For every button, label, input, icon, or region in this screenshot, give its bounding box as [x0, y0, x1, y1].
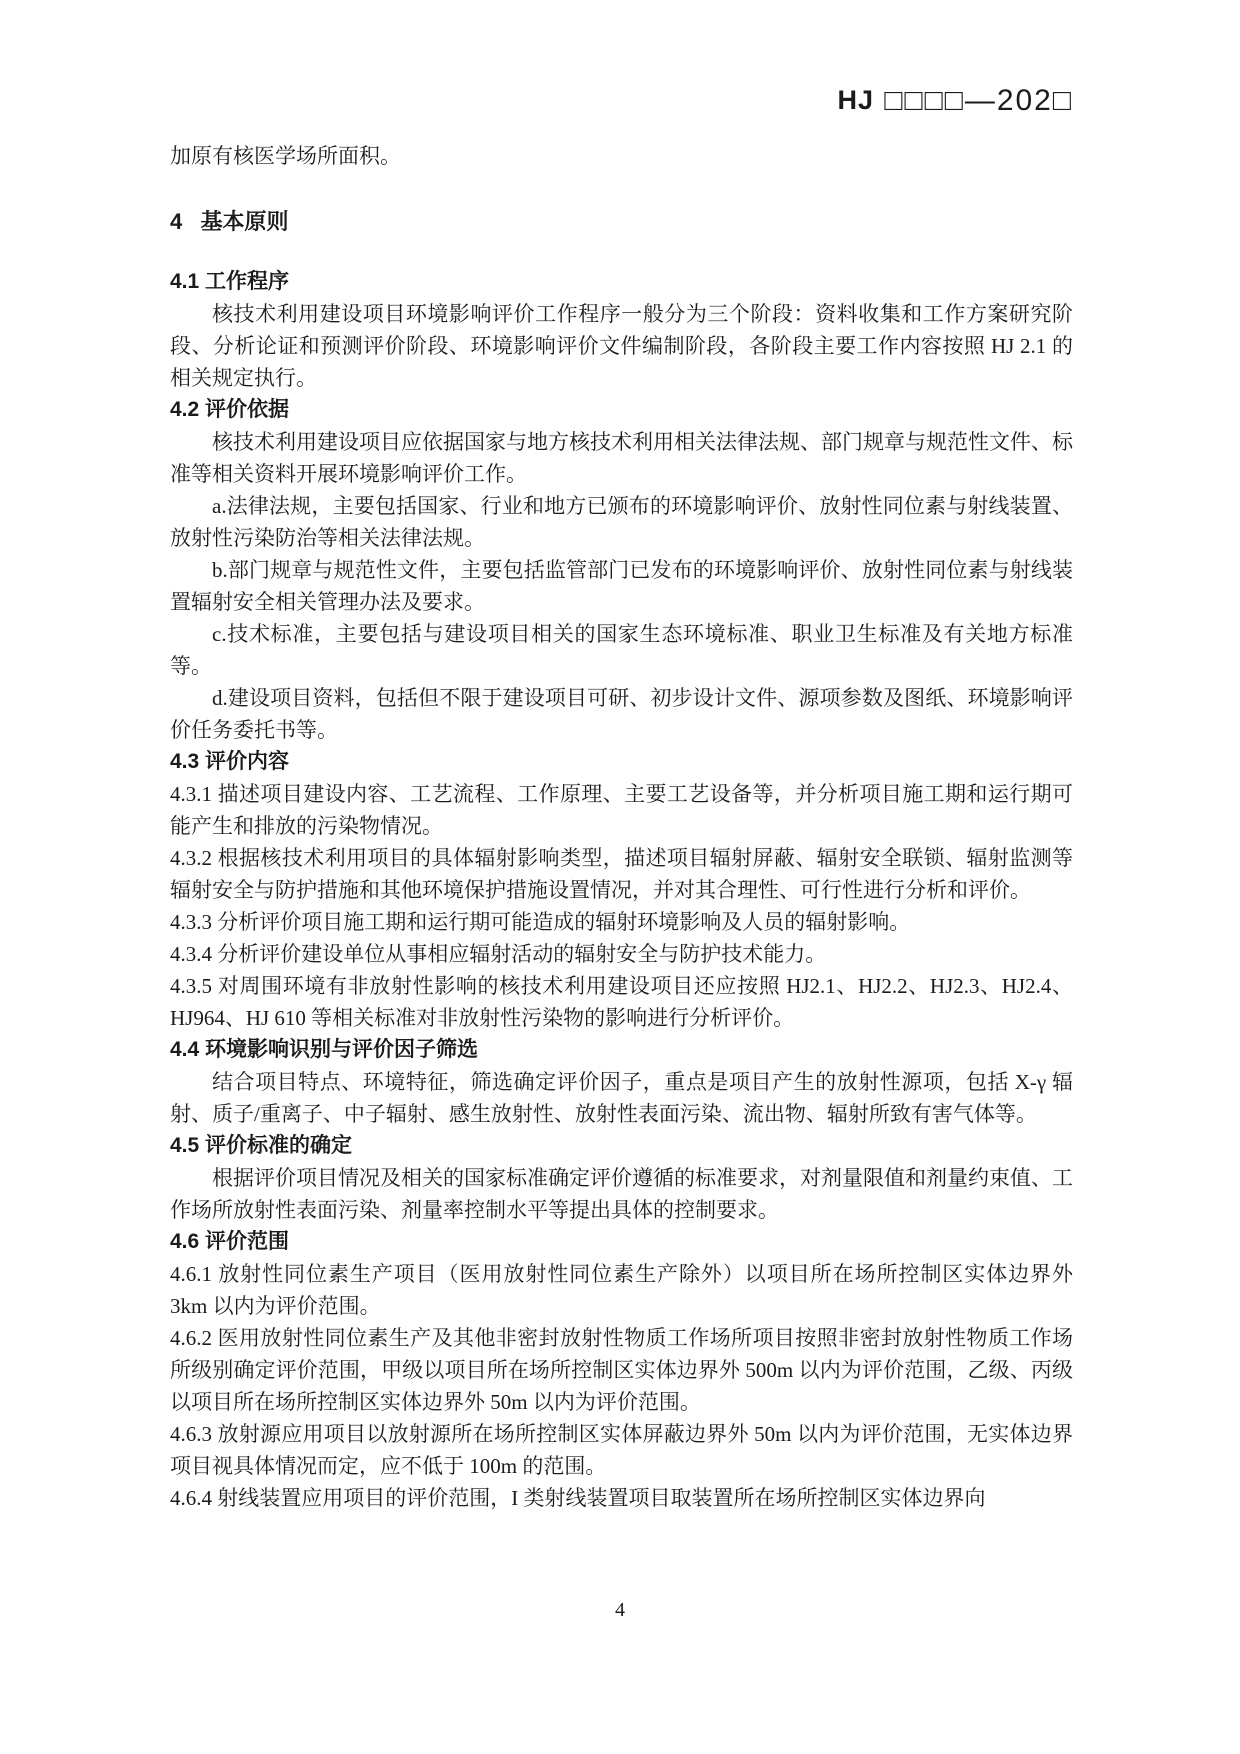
paragraph-4-3-3: 4.3.3 分析评价项目施工期和运行期可能造成的辐射环境影响及人员的辐射影响。	[170, 906, 1073, 938]
heading-4-6: 4.6 评价范围	[170, 1226, 1073, 1258]
paragraph-4-6-3: 4.6.3 放射源应用项目以放射源所在场所控制区实体屏蔽边界外 50m 以内为评…	[170, 1418, 1073, 1482]
heading-4-1: 4.1 工作程序	[170, 266, 1073, 298]
carryover-paragraph: 加原有核医学场所面积。	[170, 140, 1073, 172]
paragraph-4-4: 结合项目特点、环境特征，筛选确定评价因子，重点是项目产生的放射性源项，包括 X-…	[170, 1066, 1073, 1130]
paragraph-4-2-intro: 核技术利用建设项目应依据国家与地方核技术利用相关法律法规、部门规章与规范性文件、…	[170, 426, 1073, 490]
paragraph-4-1: 核技术利用建设项目环境影响评价工作程序一般分为三个阶段：资料收集和工作方案研究阶…	[170, 298, 1073, 394]
paragraph-4-3-5: 4.3.5 对周围环境有非放射性影响的核技术利用建设项目还应按照 HJ2.1、H…	[170, 970, 1073, 1034]
page-number: 4	[0, 1594, 1240, 1626]
paragraph-4-3-4: 4.3.4 分析评价建设单位从事相应辐射活动的辐射安全与防护技术能力。	[170, 938, 1073, 970]
paragraph-4-2-item-d: d.建设项目资料，包括但不限于建设项目可研、初步设计文件、源项参数及图纸、环境影…	[170, 682, 1073, 746]
paragraph-4-6-1: 4.6.1 放射性同位素生产项目（医用放射性同位素生产除外）以项目所在场所控制区…	[170, 1258, 1073, 1322]
paragraph-4-5: 根据评价项目情况及相关的国家标准确定评价遵循的标准要求，对剂量限值和剂量约束值、…	[170, 1162, 1073, 1226]
paragraph-4-6-2: 4.6.2 医用放射性同位素生产及其他非密封放射性物质工作场所项目按照非密封放射…	[170, 1322, 1073, 1418]
paragraph-4-2-item-c: c.技术标准，主要包括与建设项目相关的国家生态环境标准、职业卫生标准及有关地方标…	[170, 618, 1073, 682]
standard-code-boxes: □□□□—202□	[874, 84, 1073, 117]
standard-code-prefix: HJ	[837, 85, 874, 115]
paragraph-4-2-item-a: a.法律法规，主要包括国家、行业和地方已颁布的环境影响评价、放射性同位素与射线装…	[170, 490, 1073, 554]
paragraph-4-3-1: 4.3.1 描述项目建设内容、工艺流程、工作原理、主要工艺设备等，并分析项目施工…	[170, 778, 1073, 842]
heading-4-5: 4.5 评价标准的确定	[170, 1130, 1073, 1162]
paragraph-4-3-2: 4.3.2 根据核技术利用项目的具体辐射影响类型，描述项目辐射屏蔽、辐射安全联锁…	[170, 842, 1073, 906]
standard-number-header: HJ □□□□—202□	[170, 84, 1073, 118]
paragraph-4-2-item-b: b.部门规章与规范性文件，主要包括监管部门已发布的环境影响评价、放射性同位素与射…	[170, 554, 1073, 618]
heading-4-2: 4.2 评价依据	[170, 394, 1073, 426]
heading-chapter-4: 4 基本原则	[170, 206, 1073, 238]
paragraph-4-6-4: 4.6.4 射线装置应用项目的评价范围，I 类射线装置项目取装置所在场所控制区实…	[170, 1482, 1073, 1514]
document-page: HJ □□□□—202□ 加原有核医学场所面积。 4 基本原则 4.1 工作程序…	[0, 0, 1240, 1754]
heading-4-3: 4.3 评价内容	[170, 746, 1073, 778]
heading-4-4: 4.4 环境影响识别与评价因子筛选	[170, 1034, 1073, 1066]
document-body: 加原有核医学场所面积。 4 基本原则 4.1 工作程序 核技术利用建设项目环境影…	[170, 140, 1073, 1514]
